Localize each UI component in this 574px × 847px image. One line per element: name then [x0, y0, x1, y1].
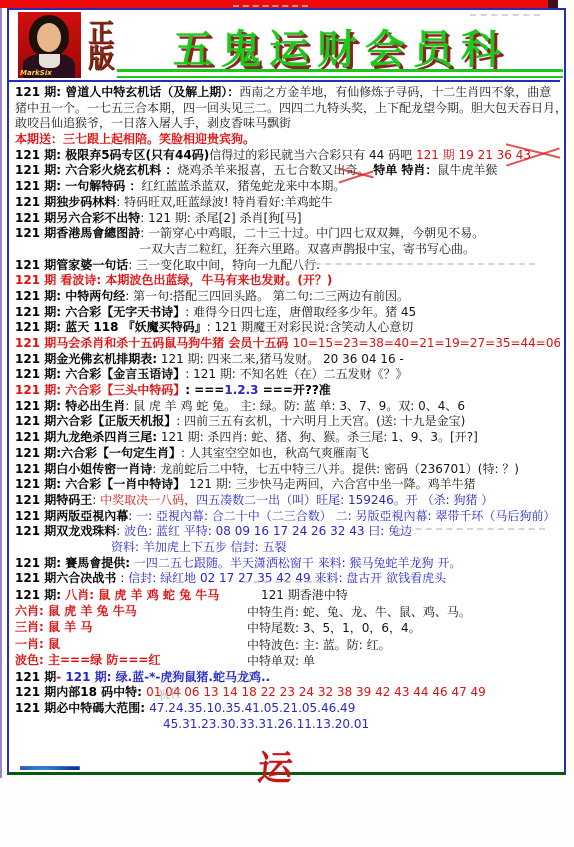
- text-segment: 特单 特肖：: [373, 163, 437, 177]
- text-line: 三肖: 鼠 羊 马: [15, 619, 247, 635]
- left-purple-edge-line: [0, 8, 2, 778]
- text-segment: 三肖: 鼠 羊 马: [15, 620, 92, 634]
- text-segment: : 龙前蛇后二中特，七五中特三八并。提供: 密码（236701）(特: ？): [152, 462, 519, 476]
- text-line: 121 期:六合彩【一句定生肖】: 人其室空空如也，秋高气爽雁南飞: [15, 446, 560, 462]
- text-segment: 中特生肖: 蛇、兔、龙、牛、鼠、鸡、马。: [247, 605, 471, 619]
- text-segment: 121 期: [15, 588, 56, 602]
- text-segment: 西南之方金羊地，有仙修炼子寻码，十二生肖四不象，曲意: [239, 85, 551, 99]
- text-segment: 波色: 蓝红 平特: 08 09 16 17 24 26 32 43 曰: 兔边: [124, 524, 412, 538]
- text-line: 一双大吉二粒红，狂奔六里路。双喜声鹊报中宝，寄书写心曲。: [139, 242, 560, 258]
- text-segment: 121 期: 六合彩【三头中特码】: [15, 383, 185, 397]
- text-segment: 121 期: 六合彩【一肖中特诗】: [15, 477, 185, 491]
- text-line: 一肖: 鼠: [15, 636, 247, 652]
- page-title: 五鬼运财会员科: [115, 18, 567, 75]
- text-line: 121 期: 蓝天 118 『妖魔买特码』: 121 期魔王对彩民说:含笑动人心…: [15, 320, 560, 336]
- grey-smudge: [305, 263, 535, 265]
- text-segment: 10=15=23=38=40=21=19=27=35=44=06=12=30=4…: [293, 336, 560, 350]
- text-line: 121 期马会杀肖和杀十五码鼠马狗牛猪 会员十五码 10=15=23=38=40…: [15, 336, 560, 352]
- text-segment: 一双大吉二粒红，狂奔六里路。双喜声鹊报中宝，寄书写心曲。: [139, 242, 475, 256]
- text-segment: 121 期独步码林料: [15, 195, 116, 209]
- red-scribble: [505, 143, 561, 163]
- text-segment: 121 期: 六合彩【无字天书诗】: [15, 305, 185, 319]
- text-line: 121 期管家婆一句话: 三一变化取中间，特向一九配八行.: [15, 258, 560, 274]
- text-segment: 猪中丑一个。一七五三合本期，四一回头见三二。四四二九特头奖，上下配龙望今期。胆大…: [15, 101, 560, 115]
- text-segment: 121 期内部18 码中特: [15, 685, 137, 699]
- photo-caption: MarkSix: [20, 69, 52, 77]
- masthead: MarkSix 正版 五鬼运财会员科: [9, 10, 564, 80]
- text-segment: 121 期白小姐传密一肖诗: [15, 462, 152, 476]
- text-line: 121 期- 121 期: 绿.蓝-*-虎狗鼠猪.蛇马龙鸡..: [15, 670, 560, 686]
- title-underline: [117, 69, 563, 78]
- text-line: 121 期: 八肖: 鼠 虎 羊 鸡 蛇 兔 牛马: [15, 587, 247, 603]
- text-segment: 121 期: 曾道人中特玄机话（及解上期）：: [15, 85, 239, 99]
- text-line: 121 期两版亞視內幕: 一: 亞視內幕: 合二十中（二三合数） 二: 另版亞視…: [15, 509, 560, 525]
- text-segment: 一四二五七跟随。半天潇洒松窗干 来料: 猴马兔蛇羊龙狗 开。: [134, 556, 462, 570]
- text-segment: 121 期金光佛玄机排期表:: [15, 352, 157, 366]
- hongkong-zhongte-column: 121 期香港中特中特生肖: 蛇、兔、龙、牛、鼠、鸡、马。中特尾数: 3、5，1…: [247, 587, 560, 670]
- text-segment: : ===: [185, 383, 224, 397]
- text-segment: 121 期: 六合彩火烧玄机料 ：: [15, 163, 177, 177]
- text-segment: : 121 期魔王对彩民说:含笑动人心意切: [207, 320, 414, 334]
- grey-smudge: [233, 5, 308, 7]
- text-segment: 121 期: 杀四肖: 蛇、猪、狗、猴。杀三尾: 1、9、3。[开?]: [157, 430, 478, 444]
- text-segment: 一肖: 鼠: [15, 637, 60, 651]
- grey-smudge: [470, 14, 540, 16]
- text-segment: 鼠牛虎羊猴: [437, 163, 497, 177]
- text-segment: : 四前三五有玄机，十六明月上天宫。(送: 十九是金宝): [176, 414, 465, 428]
- text-line: 中特波色: 主: 蓝。防: 红。: [247, 637, 560, 654]
- text-segment: 121 期: [15, 670, 56, 684]
- text-segment: : 一箭穿心中鸡眼，二十三十过。中门四七双双舞，今朝见不易。: [140, 226, 484, 240]
- text-segment: 121 期: 特必出生肖: [15, 399, 125, 413]
- text-segment: 八肖: 鼠 虎 羊 鸡 蛇 兔 牛马: [65, 588, 219, 602]
- text-segment: 121 期两版亞視內幕: [15, 509, 128, 523]
- text-segment: 121 期另六合彩不出特: [15, 211, 140, 225]
- text-line: 121 期白小姐传密一肖诗: 龙前蛇后二中特，七五中特三八并。提供: 密码（23…: [15, 462, 560, 478]
- text-line: 45.31.23.30.33.31.26.11.13.20.01: [163, 717, 560, 733]
- text-line: 121 期: 曾道人中特玄机话（及解上期）：西南之方金羊地，有仙修炼子寻码，十二…: [15, 85, 560, 101]
- text-segment: 45.31.23.30.33.31.26.11.13.20.01: [163, 717, 369, 731]
- text-segment: 信得过的彩民就当六合彩只有 44 码吧: [209, 148, 416, 162]
- text-line: 121 期: 极限弃5码专区(只有44码)信得过的彩民就当六合彩只有 44 码吧…: [15, 148, 560, 164]
- photo-collar-detail: [39, 54, 60, 68]
- report-body: 121 期: 曾道人中特玄机话（及解上期）：西南之方金羊地，有仙修炼子寻码，十二…: [9, 80, 560, 770]
- text-line: 121 期: 賽馬會提供: 一四二五七跟随。半天潇洒松窗干 来料: 猴马兔蛇羊龙…: [15, 556, 560, 572]
- text-line: 121 期独步码林料: 特码旺双,旺蓝绿波! 特肖看好:羊鸡蛇牛: [15, 195, 560, 211]
- text-segment: 中特尾数: 3、5，1，0，6，4。: [247, 621, 421, 635]
- text-line: 121 期: 六合彩【无字天书诗】: 难得今日四七连，唐僧取经多少年。猪 45: [15, 305, 560, 321]
- text-segment: 121 期:六合彩【一句定生肖】: [15, 446, 181, 460]
- text-segment: 121 期: 賽馬會提供:: [15, 556, 130, 570]
- blue-emblem-image: [20, 766, 80, 770]
- text-line: 121 期香港中特: [261, 587, 560, 604]
- text-segment: 六肖: 鼠 虎 羊 兔 牛马: [15, 604, 137, 618]
- text-segment: 信封: 绿红地 02 17 27 35 42 49 来料: 盘古开 欲钱看虎头: [128, 571, 446, 585]
- text-segment: 121 期九龙绝杀四肖三尾:: [15, 430, 157, 444]
- text-segment: :: [140, 701, 149, 715]
- text-segment: 121 期六合彩【正版天机报】: [15, 414, 176, 428]
- text-segment: 红红蓝蓝杀蓝双，猪兔蛇龙来中本期。: [141, 179, 345, 193]
- text-segment: 121 期特码王: [15, 493, 92, 507]
- text-segment: ===开??准: [259, 383, 331, 397]
- text-line: 资料: 羊加虎上下五步 信封: 五裂: [111, 540, 560, 556]
- red-scribble-small: [338, 166, 374, 182]
- text-line: 121 期: 一句解特码 ：红红蓝蓝杀蓝双，猪兔蛇龙来中本期。: [15, 179, 560, 195]
- text-line: 121 期另六合彩不出特: 121 期: 杀尾[2] 杀肖[狗[马]: [15, 211, 560, 227]
- text-line: 中特单双: 单: [247, 653, 560, 670]
- text-segment: 121 期: 绿.蓝-*-虎狗鼠猪.蛇马龙鸡..: [65, 670, 270, 684]
- text-segment: : 特码旺双,旺蓝绿波! 特肖看好:羊鸡蛇牛: [116, 195, 332, 209]
- text-segment: 中奖取决一八码，: [100, 493, 196, 507]
- text-line: 猪中丑一个。一七五三合本期，四一回头见三二。四四二九特头奖，上下配龙望今期。胆大…: [15, 101, 560, 117]
- text-segment: 121 期马会杀肖和杀十五码鼠马狗牛猪 会员十五码: [15, 336, 293, 350]
- text-segment: : 本期波色出蓝绿，牛马有来也发财。(开？): [96, 273, 332, 287]
- text-segment: :: [116, 524, 124, 538]
- text-segment: : 121 期: 不知名姓（在）二五发财《？》: [185, 367, 407, 381]
- text-line: 121 期 看波诗: 本期波色出蓝绿，牛马有来也发财。(开？): [15, 273, 560, 289]
- text-line: 121 期六合决战书 : 信封: 绿红地 02 17 27 35 42 49 来…: [15, 571, 560, 587]
- text-line: 121 期: 中特两句经: 第一句:搭配三四回头路。 第二句:二三两边有前因。: [15, 289, 560, 305]
- text-segment: 121 期必中特碼大范围: [15, 701, 140, 715]
- text-segment: 121 期: 极限弃5码专区(只有44码): [15, 148, 209, 162]
- text-segment: 资料: 羊加虎上下五步 信封: 五裂: [111, 540, 287, 554]
- text-line: 121 期内部18 码中特: 01 04 06 13 14 18 22 23 2…: [15, 685, 560, 701]
- text-segment: :: [92, 493, 100, 507]
- text-segment: 121 期: 蓝天 118 『妖魔买特码』: [15, 320, 207, 334]
- text-segment: 波色: 主===绿 防===红: [15, 653, 160, 667]
- text-segment: :: [56, 588, 65, 602]
- report-lines: 121 期: 曾道人中特玄机话（及解上期）：西南之方金羊地，有仙修炼子寻码，十二…: [15, 85, 560, 587]
- text-line: 本期送：三七跟上起相陪。笑脸相迎贵宾狗。: [15, 132, 560, 148]
- text-segment: : 人其室空空如也，秋高气爽雁南飞: [181, 446, 369, 460]
- text-line: 121 期特码王: 中奖取决一八码，四五凑数二一出（叫）旺尾: 159246。开…: [15, 493, 560, 509]
- text-segment: 中特单双: 单: [247, 654, 315, 668]
- text-line: 121 期: 特必出生肖: 鼠 虎 羊 鸡 蛇 兔。 主: 绿。防: 蓝 单: …: [15, 399, 560, 415]
- text-line: 中特生肖: 蛇、兔、龙、牛、鼠、鸡、马。: [247, 604, 560, 621]
- text-line: 中特尾数: 3、5，1，0，6，4。: [247, 620, 560, 637]
- text-segment: 121 期 看波诗: [15, 273, 96, 287]
- text-segment: 121 期香港中特: [261, 588, 348, 602]
- text-segment: 121 期: 三步快马走两回，六合宫中坐一降。鸡羊牛猪: [185, 477, 475, 491]
- text-segment: : 121 期: 杀尾[2] 杀肖[狗[马]: [140, 211, 301, 225]
- lottery-tip-sheet: MarkSix 正版 五鬼运财会员科 121 期: 曾道人中特玄机话（及解上期）…: [0, 0, 574, 847]
- text-line: 波色: 主===绿 防===红: [15, 652, 247, 668]
- text-segment: 121 期香港馬會總图詩: [15, 226, 140, 240]
- text-line: 121 期六合彩【正版天机报】: 四前三五有玄机，十六明月上天宫。(送: 十九是…: [15, 414, 560, 430]
- text-line: 121 期香港馬會總图詩: 一箭穿心中鸡眼，二十三十过。中门四七双双舞，今朝见不…: [15, 226, 560, 242]
- text-segment: : 三一变化取中间，特向一九配八行.: [128, 258, 320, 272]
- text-segment: : 难得今日四七连，唐僧取经多少年。猪 45: [185, 305, 416, 319]
- watermark-text: 祝你: [157, 683, 183, 703]
- text-line: 121 期: 六合彩【金言玉语诗】: 121 期: 不知名姓（在）二五发财《？》: [15, 367, 560, 383]
- zodiac-column: 121 期: 八肖: 鼠 虎 羊 鸡 蛇 兔 牛马六肖: 鼠 虎 羊 兔 牛马三…: [15, 587, 247, 670]
- text-line: 121 期: 六合彩火烧玄机料 ：烧鸡杀羊来报喜，五七合数又出奇。 特单 特肖：…: [15, 163, 560, 179]
- text-segment: 47.24.35.10.35.41.05.21.05.46.49: [149, 701, 355, 715]
- text-segment: 121 期: 六合彩【金言玉语诗】: [15, 367, 185, 381]
- text-line: 121 期金光佛玄机排期表: 121 期: 四来二来,猪马发财。 20 36 0…: [15, 352, 560, 368]
- text-segment: 敢咬吕仙追猴爷，一日落入屠人手，剥皮香味马飘街: [15, 116, 291, 130]
- text-line: 121 期必中特碼大范围: 47.24.35.10.35.41.05.21.05…: [15, 701, 560, 717]
- main-bordered-box: MarkSix 正版 五鬼运财会员科 121 期: 曾道人中特玄机话（及解上期）…: [7, 8, 566, 775]
- footer-character: 运: [255, 741, 295, 791]
- text-line: 六肖: 鼠 虎 羊 兔 牛马: [15, 603, 247, 619]
- text-line: 121 期: 六合彩【一肖中特诗】 121 期: 三步快马走两回，六合宫中坐一降…: [15, 477, 560, 493]
- bottom-lines: 121 期- 121 期: 绿.蓝-*-虎狗鼠猪.蛇马龙鸡..121 期内部18…: [15, 670, 560, 734]
- grey-smudge: [395, 528, 545, 530]
- grey-smudge: [243, 581, 333, 583]
- text-segment: 一: 亞視內幕: 合二十中（二三合数） 二: 另版亞視內幕: 翠带千环（马后狗前…: [136, 509, 555, 523]
- text-segment: 本期送：三七跟上起相陪。笑脸相迎贵宾狗。: [15, 132, 255, 146]
- text-segment: : 第一句:搭配三四回头路。 第二句:二三两边有前因。: [125, 289, 409, 303]
- text-segment: 121 期管家婆一句话: [15, 258, 128, 272]
- edition-label: 正版: [86, 22, 116, 72]
- text-segment: 121 期双龙戏珠料: [15, 524, 116, 538]
- text-segment: 121 期六合决战书: [15, 571, 120, 585]
- text-segment: 121 期: 一句解特码 ：: [15, 179, 141, 193]
- text-segment: 中特波色: 主: 蓝。防: 红。: [247, 638, 391, 652]
- text-segment: :: [128, 509, 136, 523]
- text-segment: :: [137, 685, 146, 699]
- photo-face-detail: [37, 23, 61, 52]
- text-segment: 1.2.3: [224, 383, 258, 397]
- text-segment: 121 期: 中特两句经: [15, 289, 125, 303]
- text-segment: 四五凑数二一出（叫）旺尾: 159246。开 （杀: 狗猪 ）: [196, 493, 493, 507]
- text-segment: 121 期: 四来二来,猪马发财。 20 36 04 16 -: [157, 352, 404, 366]
- text-line: 121 期九龙绝杀四肖三尾: 121 期: 杀四肖: 蛇、猪、狗、猴。杀三尾: …: [15, 430, 560, 446]
- text-line: 121 期双龙戏珠料: 波色: 蓝红 平特: 08 09 16 17 24 26…: [15, 524, 560, 540]
- text-segment: : 鼠 虎 羊 鸡 蛇 兔。 主: 绿。防: 蓝 单: 3、7、9。双: 0、4…: [125, 399, 465, 413]
- masthead-photo: MarkSix: [18, 12, 81, 78]
- two-column-section: 121 期: 八肖: 鼠 虎 羊 鸡 蛇 兔 牛马六肖: 鼠 虎 羊 兔 牛马三…: [15, 587, 560, 670]
- text-line: 敢咬吕仙追猴爷，一日落入屠人手，剥皮香味马飘街: [15, 116, 560, 132]
- text-line: 121 期: 六合彩【三头中特码】: ===1.2.3 ===开??准: [15, 383, 560, 399]
- top-bar-dark-segment: [548, 0, 558, 8]
- text-segment: 01 04 06 13 14 18 22 23 24 32 38 39 42 4…: [146, 685, 486, 699]
